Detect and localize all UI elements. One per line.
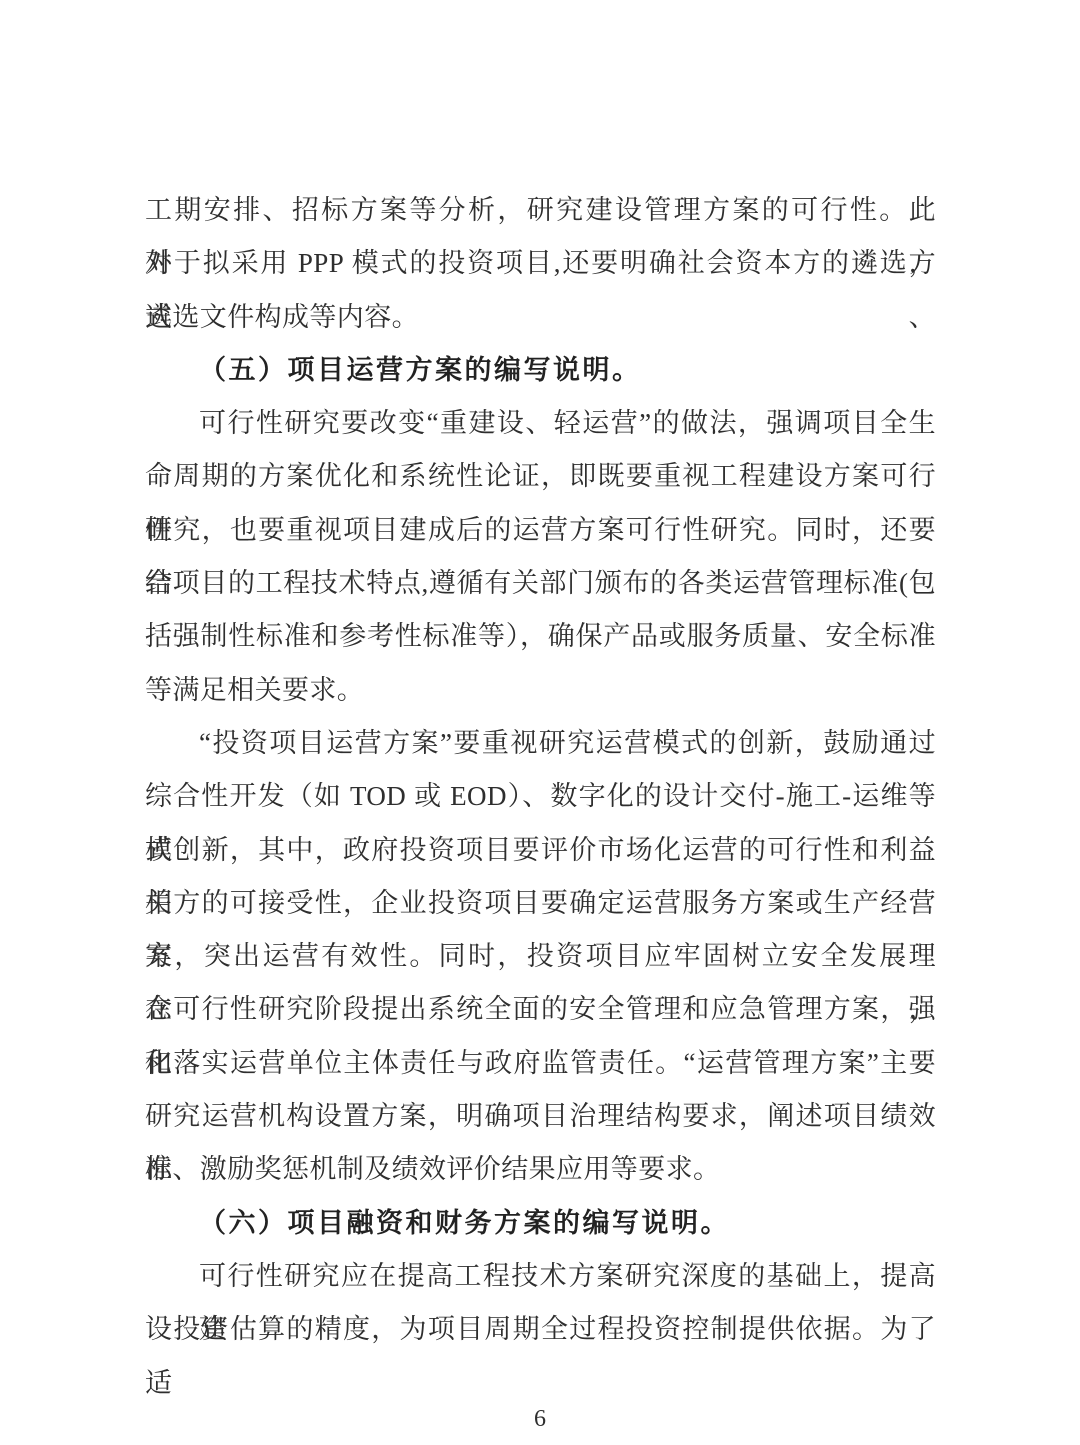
document-body: 工期安排、招标方案等分析，研究建设管理方案的可行性。此外，对于拟采用 PPP 模… <box>145 184 936 1357</box>
text-line: 综合性开发（如 TOD 或 EOD）、数字化的设计交付-施工-运维等模 <box>145 770 936 823</box>
text-line: （五）项目运营方案的编写说明。 <box>145 344 936 397</box>
text-line: 可行性研究要改变“重建设、轻运营”的做法，强调项目全生 <box>145 397 936 450</box>
text-line: 研究，也要重视项目建成后的运营方案可行性研究。同时，还要结 <box>145 504 936 557</box>
text-line: 工期安排、招标方案等分析，研究建设管理方案的可行性。此外， <box>145 184 936 237</box>
paragraph: 工期安排、招标方案等分析，研究建设管理方案的可行性。此外，对于拟采用 PPP 模… <box>145 184 936 344</box>
paragraph: 可行性研究应在提高工程技术方案研究深度的基础上，提高建设投资估算的精度，为项目周… <box>145 1250 936 1357</box>
text-line: 研究运营机构设置方案，明确项目治理结构要求，阐述项目绩效标 <box>145 1090 936 1143</box>
text-line: 等满足相关要求。 <box>145 664 936 717</box>
section-heading: （五）项目运营方案的编写说明。 <box>145 344 936 397</box>
text-line: 准、激励奖惩机制及绩效评价结果应用等要求。 <box>145 1143 936 1196</box>
text-line: 在可行性研究阶段提出系统全面的安全管理和应急管理方案，强化 <box>145 983 936 1036</box>
paragraph: 可行性研究要改变“重建设、轻运营”的做法，强调项目全生命周期的方案优化和系统性论… <box>145 397 936 717</box>
text-line: 设投资估算的精度，为项目周期全过程投资控制提供依据。为了适 <box>145 1303 936 1356</box>
text-line: 合项目的工程技术特点,遵循有关部门颁布的各类运营管理标准(包 <box>145 557 936 610</box>
section-heading: （六）项目融资和财务方案的编写说明。 <box>145 1197 936 1250</box>
text-line: （六）项目融资和财务方案的编写说明。 <box>145 1197 936 1250</box>
text-line: “投资项目运营方案”要重视研究运营模式的创新，鼓励通过 <box>145 717 936 770</box>
text-line: 命周期的方案优化和系统性论证，即既要重视工程建设方案可行性 <box>145 450 936 503</box>
text-line: 式创新，其中，政府投资项目要评价市场化运营的可行性和利益相 <box>145 824 936 877</box>
text-line: 对于拟采用 PPP 模式的投资项目,还要明确社会资本方的遴选方式、 <box>145 237 936 290</box>
document-page: 工期安排、招标方案等分析，研究建设管理方案的可行性。此外，对于拟采用 PPP 模… <box>0 0 1080 1445</box>
page-number: 6 <box>0 1402 1080 1436</box>
text-line: 可行性研究应在提高工程技术方案研究深度的基础上，提高建 <box>145 1250 936 1303</box>
text-line: 和落实运营单位主体责任与政府监管责任。“运营管理方案”主要 <box>145 1037 936 1090</box>
text-line: 案，突出运营有效性。同时，投资项目应牢固树立安全发展理念， <box>145 930 936 983</box>
text-line: 关方的可接受性，企业投资项目要确定运营服务方案或生产经营方 <box>145 877 936 930</box>
paragraph: “投资项目运营方案”要重视研究运营模式的创新，鼓励通过综合性开发（如 TOD 或… <box>145 717 936 1197</box>
text-line: 括强制性标准和参考性标准等），确保产品或服务质量、安全标准 <box>145 610 936 663</box>
